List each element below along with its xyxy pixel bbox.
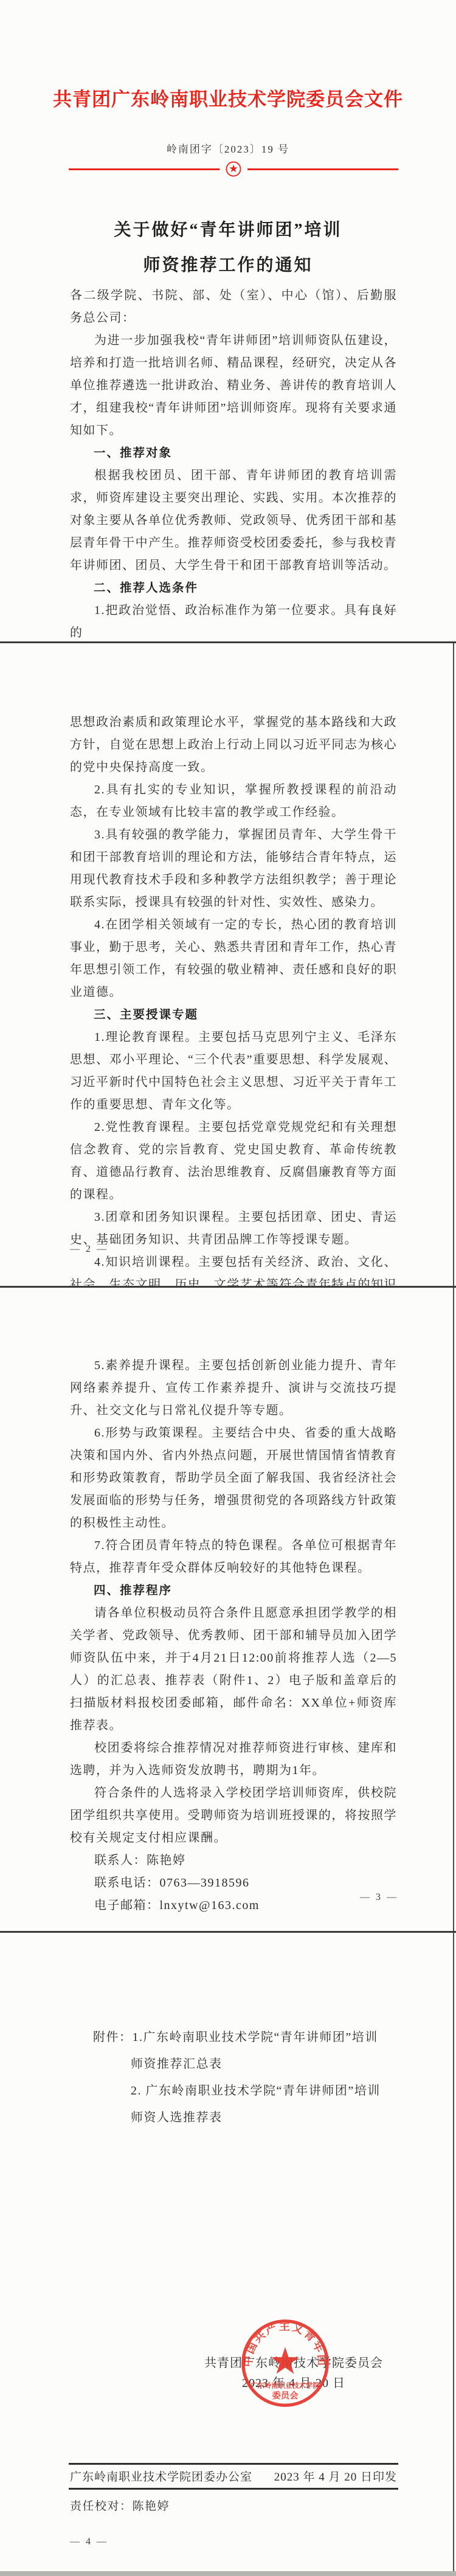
- paragraph-topic-2: 2.党性教育课程。主要包括党章党规党纪和有关理想信念教育、党的宗旨教育、党史国史…: [70, 1116, 397, 1206]
- paragraph-condition-1: 1.把政治觉悟、政治标准作为第一位要求。具有良好的: [70, 599, 397, 641]
- seal-inner-line1: 广东岭南职业技术学院: [250, 2381, 320, 2389]
- page-number: — 3 —: [360, 1892, 398, 1903]
- section-heading-3: 三、主要授课专题: [70, 1004, 397, 1026]
- divider-line-left: [69, 168, 219, 170]
- section-heading-2: 二、推荐人选条件: [70, 577, 397, 599]
- salutation: 各二级学院、书院、部、处（室）、中心（馆）、后勤服务总公司：: [70, 285, 397, 330]
- contact-phone: 联系电话：0763—3918596: [70, 1872, 397, 1894]
- divider-line-right: [247, 168, 398, 170]
- page-number: — 1 —: [360, 606, 398, 616]
- paragraph-topic-3: 3.团章和团务知识课程。主要包括团章、团史、青运史、基础团务知识、共青团品牌工作…: [70, 1206, 397, 1251]
- contact-email: 电子邮箱：lnxytw@163.com: [70, 1894, 397, 1917]
- seal-inner-line2: 委员会: [272, 2390, 299, 2401]
- colophon-bar: 广东岭南职业技术学院团委办公室 2023 年 4 月 20 日印发: [69, 2463, 398, 2490]
- paragraph-condition-3: 3.具有较强的教学能力，掌握团员青年、大学生骨干和团干部教育培训的理论和方法，能…: [70, 824, 397, 914]
- doc-number: 岭南团字〔2023〕19 号: [0, 140, 456, 156]
- document-title-line2: 师资推荐工作的通知: [0, 248, 456, 283]
- document-title: 关于做好“青年讲师团”培训 师资推荐工作的通知: [0, 213, 456, 283]
- colophon-issuer: 广东岭南职业技术学院团委办公室: [70, 2468, 252, 2484]
- page-1-body: 各二级学院、书院、部、处（室）、中心（馆）、后勤服务总公司： 为进一步加强我校“…: [70, 285, 397, 641]
- paragraph-condition-2: 2.具有扎实的专业知识，掌握所教授课程的前沿动态，在专业领域有比较丰富的教学或工…: [70, 779, 397, 824]
- paragraph-condition-1-continued: 思想政治素质和政策理论水平，掌握党的基本路线和大政方针，自觉在思想上政治上行动上…: [70, 711, 397, 779]
- attachment-list: 附件：1.广东岭南职业技术学院“青年讲师团”培训 师资推荐汇总表 2. 广东岭南…: [93, 2024, 381, 2131]
- page-3-body: 5.素养提升课程。主要包括创新创业能力提升、青年网络素养提升、宣传工作素养提升、…: [70, 1355, 397, 1917]
- attachment-1-line2: 师资推荐汇总表: [93, 2051, 381, 2077]
- paragraph-topic-4: 4.知识培训课程。主要包括有关经济、政治、文化、社会、生态文明、历史、文学艺术等…: [70, 1251, 397, 1286]
- attachment-2-line2: 师资人选推荐表: [93, 2104, 381, 2131]
- header-divider: [69, 161, 398, 178]
- paragraph-intro: 为进一步加强我校“青年讲师团”培训师资队伍建设，培养和打造一批培训名师、精品课程…: [70, 330, 397, 442]
- colophon-print-date: 2023 年 4 月 20 日印发: [274, 2468, 397, 2484]
- paragraph-procedure-3: 符合条件的人选将录入学校团学培训师资库，供校院团学组织共享使用。受聘师资为培训班…: [70, 1782, 397, 1849]
- attachment-2-line1: 2. 广东岭南职业技术学院“青年讲师团”培训: [93, 2077, 381, 2104]
- page-2-body: 思想政治素质和政策理论水平，掌握党的基本路线和大政方针，自觉在思想上政治上行动上…: [70, 711, 397, 1286]
- league-emblem-icon: [225, 161, 242, 178]
- proofreader-line: 责任校对：陈艳婷: [70, 2497, 170, 2513]
- paragraph-topic-6: 6.形势与政策课程。主要结合中央、省委的重大战略决策和国内外、省内外热点问题，开…: [70, 1422, 397, 1535]
- attachment-1-line1: 附件：1.广东岭南职业技术学院“青年讲师团”培训: [93, 2024, 381, 2051]
- paragraph-topic-7: 7.符合团员青年特点的特色课程。各单位可根据青年特点，推荐青年受众群体反响较好的…: [70, 1535, 397, 1580]
- scan-bottom-edge: [0, 2571, 456, 2576]
- paragraph-procedure-2: 校团委将综合推荐情况对推荐师资进行审核、建库和选聘，并为入选师资发放聘书，聘期为…: [70, 1737, 397, 1782]
- section-heading-4: 四、推荐程序: [70, 1580, 397, 1602]
- contact-name: 联系人：陈艳婷: [70, 1849, 397, 1872]
- paragraph-condition-4: 4.在团学相关领域有一定的专长，热心团的教育培训事业，勤于思考，关心、熟悉共青团…: [70, 914, 397, 1004]
- page-1: 共青团广东岭南职业技术学院委员会文件 岭南团字〔2023〕19 号 关于做好“青…: [0, 0, 456, 641]
- paragraph-topic-1: 1.理论教育课程。主要包括马克思列宁主义、毛泽东思想、邓小平理论、“三个代表”重…: [70, 1026, 397, 1116]
- page-3: 5.素养提升课程。主要包括创新创业能力提升、青年网络素养提升、宣传工作素养提升、…: [0, 1288, 456, 1931]
- scan-edge-artifact: [453, 1933, 454, 2571]
- scan-edge-artifact: [453, 1288, 454, 1931]
- page-number: — 2 —: [70, 1244, 108, 1255]
- page-4: 附件：1.广东岭南职业技术学院“青年讲师团”培训 师资推荐汇总表 2. 广东岭南…: [0, 1933, 456, 2571]
- document-title-line1: 关于做好“青年讲师团”培训: [0, 213, 456, 248]
- seal-star-icon: [271, 2347, 299, 2374]
- page-number: — 4 —: [70, 2536, 108, 2547]
- paragraph-target: 根据我校团员、团干部、青年讲师团的教育培训需求，师资库建设主要突出理论、实践、实…: [70, 464, 397, 577]
- official-red-seal: 中国共产主义青年团 广东岭南职业技术学院 委员会: [239, 2317, 331, 2409]
- document-header-title: 共青团广东岭南职业技术学院委员会文件: [0, 84, 456, 111]
- page-2: 思想政治素质和政策理论水平，掌握党的基本路线和大政方针，自觉在思想上政治上行动上…: [0, 643, 456, 1286]
- paragraph-topic-5: 5.素养提升课程。主要包括创新创业能力提升、青年网络素养提升、宣传工作素养提升、…: [70, 1355, 397, 1422]
- attachment-label: 附件：: [93, 2031, 133, 2044]
- scan-edge-artifact: [453, 643, 454, 1286]
- section-heading-1: 一、推荐对象: [70, 442, 397, 464]
- paragraph-procedure-1: 请各单位积极动员符合条件且愿意承担团学教学的相关学者、党政领导、优秀教师、团干部…: [70, 1602, 397, 1737]
- scanned-official-document: 共青团广东岭南职业技术学院委员会文件 岭南团字〔2023〕19 号 关于做好“青…: [0, 0, 456, 2576]
